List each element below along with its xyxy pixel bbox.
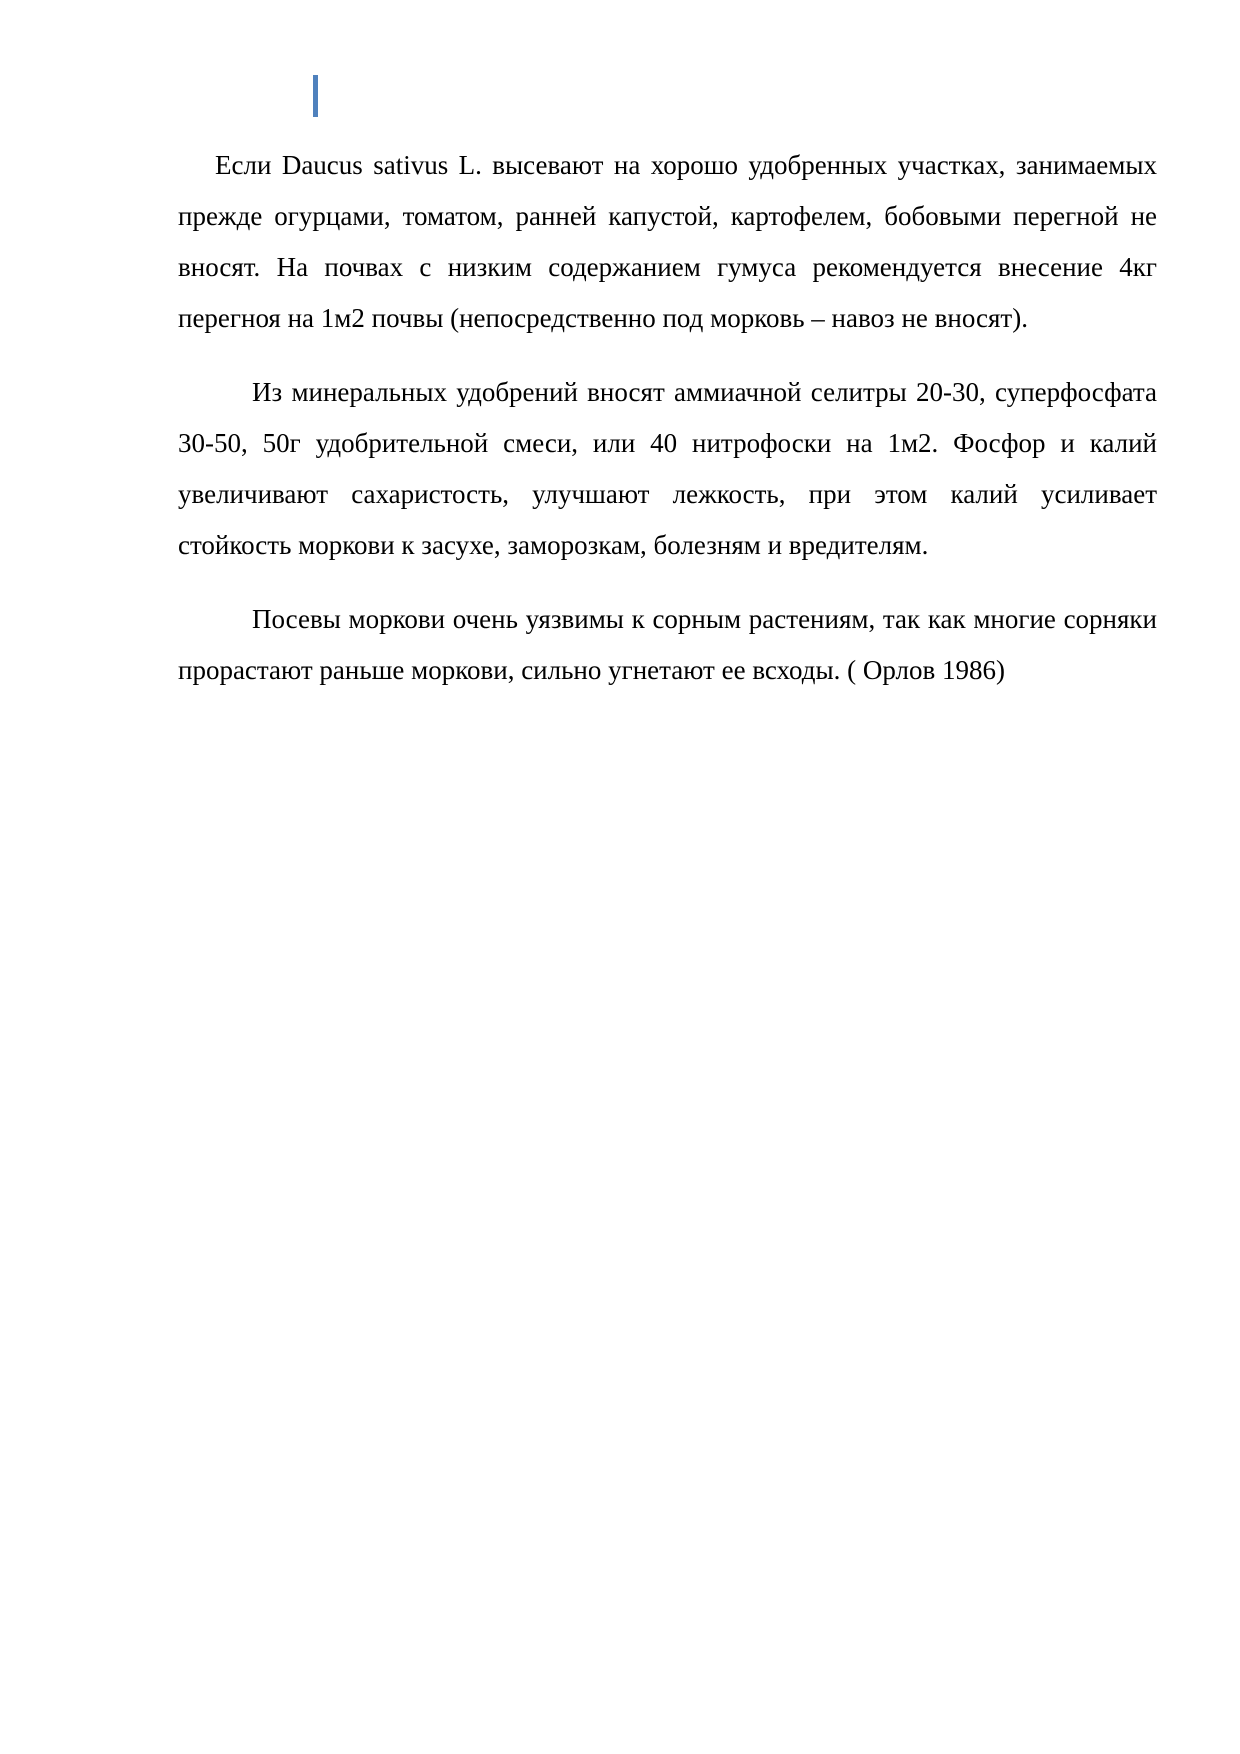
paragraph-fertilization: Если Daucus sativus L. высевают на хорош… [178,140,1157,344]
paragraph-weeds: Посевы моркови очень уязвимы к сорным ра… [178,594,1157,696]
text-cursor-marker [313,75,318,117]
document-body: Если Daucus sativus L. высевают на хорош… [178,140,1157,696]
paragraph-mineral-fertilizers: Из минеральных удобрений вносят аммиачно… [178,367,1157,571]
